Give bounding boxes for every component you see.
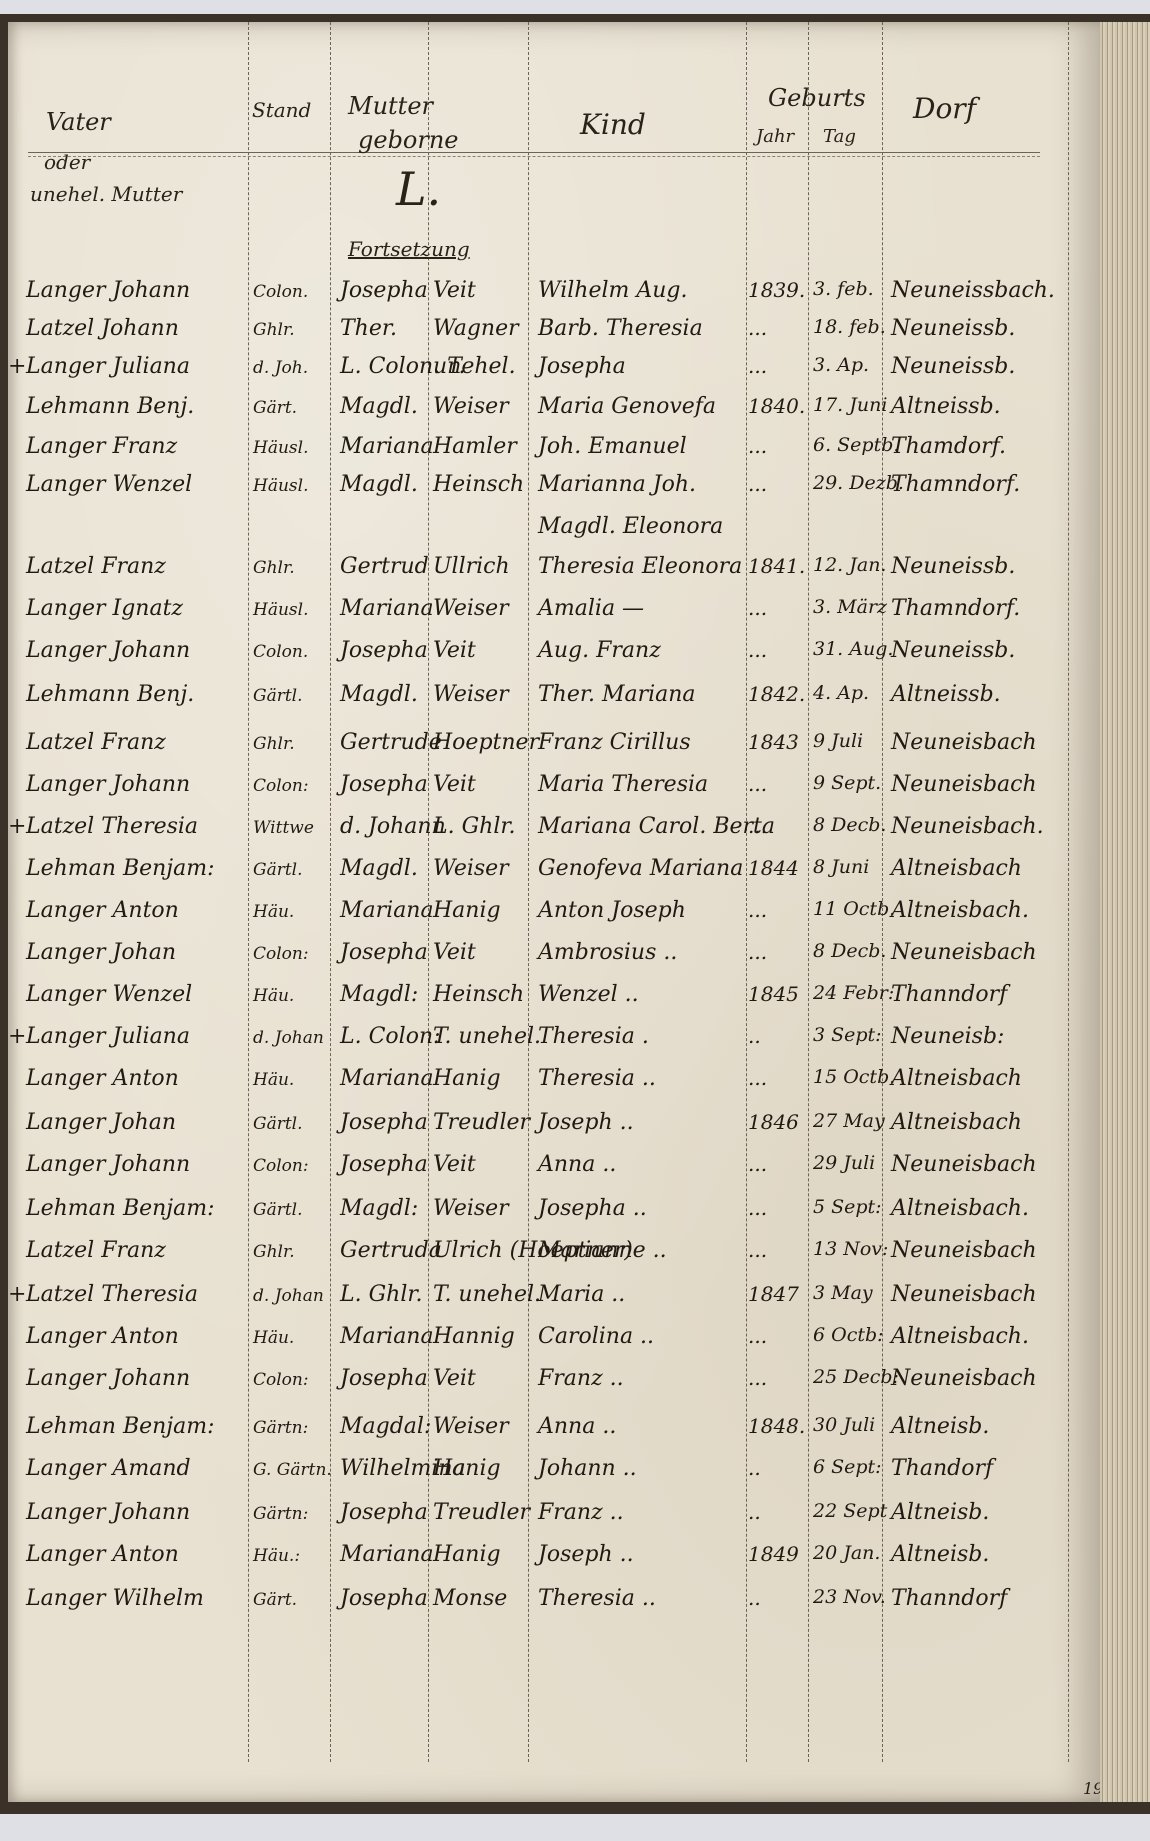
table-row: Langer JohanGärtl.JosephaTreudlerJoseph … [8,1104,1100,1144]
header-mother: Mutter [348,92,433,120]
mother-maiden-name: T. unehel. [433,1282,541,1307]
father-name: Langer Johann [26,1152,190,1177]
table-row: Langer FranzHäusl.MarianaHamlerJoh. Eman… [8,428,1100,468]
mother-maiden-name: Weiser [433,596,509,621]
child-name: Franz Cirillus [538,730,691,755]
birth-place: Altneisbach [891,856,1022,881]
father-name: Langer Juliana [26,354,190,379]
birth-year: 1842. [748,682,805,706]
mother-maiden-name: Hoeptner [433,730,539,755]
occupation: Ghlr. [253,558,295,578]
birth-day: 6 Sept: [813,1456,882,1478]
birth-place: Thanndorf [891,982,1007,1007]
birth-day: 8 Juni [813,856,869,878]
birth-day: 25 Decb: [813,1366,899,1388]
mother-maiden-name: Treudler [433,1110,530,1135]
birth-place: Altneissb. [891,682,1001,707]
father-name: Langer Johann [26,1366,190,1391]
birth-place: Altneisbach. [891,898,1029,923]
mother-first-name: Ther. [340,316,397,341]
occupation: Häu. [253,1328,294,1348]
occupation: Wittwe [253,818,314,838]
birth-year: 1839. [748,278,805,302]
mother-maiden-name: Hanig [433,1456,501,1481]
birth-day: 24 Febr: [813,982,894,1004]
birth-day: 3. März [813,596,887,618]
occupation: Ghlr. [253,320,295,340]
child-name: Anna .. [538,1152,616,1177]
occupation: d. Joh. [253,358,308,378]
mother-maiden-name: Hannig [433,1324,515,1349]
birth-year: 1840. [748,394,805,418]
father-name: Langer Franz [26,434,177,459]
occupation: Häu. [253,902,294,922]
father-name: Lehman Benjam: [26,856,215,881]
table-row: Langer AntonHäu.MarianaHanigAnton Joseph… [8,892,1100,932]
table-row: Langer JohannColon:JosephaVeitMaria Ther… [8,766,1100,806]
birth-day: 13 Nov: [813,1238,888,1260]
occupation: Gärtl. [253,860,303,880]
birth-year: ... [748,596,767,620]
occupation: Häusl. [253,476,308,496]
death-mark: + [8,1024,26,1049]
mother-maiden-name: Weiser [433,1414,509,1439]
birth-day: 9 Sept. [813,772,881,794]
table-row: +Latzel Theresiad. JohanL. Ghlr.T. unehe… [8,1276,1100,1316]
death-mark: + [8,814,26,839]
child-name: Mariana Carol. Berta [538,814,775,839]
mother-maiden-name: T. unehel. [433,1024,541,1049]
birth-year: ... [748,472,767,496]
mother-maiden-name: Weiser [433,1196,509,1221]
occupation: Colon. [253,282,308,302]
child-name: Magdl. Eleonora [538,514,723,539]
mother-maiden-name: L. Ghlr. [433,814,515,839]
occupation: Gärtl. [253,1200,303,1220]
mother-first-name: Mariana [340,1542,434,1567]
register-page: Vater oder unehel. Mutter Stand Mutter g… [8,22,1100,1802]
mother-first-name: Josepha [340,1586,428,1611]
table-row: Lehman Benjam:Gärtl.Magdl.WeiserGenofeva… [8,850,1100,890]
table-row: Langer WenzelHäusl.Magdl.HeinschMarianna… [8,466,1100,506]
father-name: Latzel Franz [26,730,166,755]
birth-place: Altneisbach. [891,1196,1029,1221]
occupation: Gärtn: [253,1504,308,1524]
child-name: Aug. Franz [538,638,661,663]
father-name: Langer Johann [26,772,190,797]
birth-year: ... [748,1196,767,1220]
birth-place: Thamndorf. [891,596,1020,621]
table-row: Langer JohannGärtn:JosephaTreudlerFranz … [8,1494,1100,1534]
birth-place: Neuneisbach [891,1282,1037,1307]
father-name: Latzel Franz [26,554,166,579]
mother-maiden-name: Monse [433,1586,507,1611]
mother-maiden-name: Veit [433,1152,476,1177]
header-rule [28,152,1040,153]
birth-day: 17. Juni [813,394,887,416]
header-child: Kind [580,108,646,141]
mother-first-name: Mariana [340,1324,434,1349]
father-name: Latzel Theresia [26,1282,198,1307]
father-name: Lehmann Benj. [26,394,194,419]
header-birth-day: Tag [823,126,856,147]
mother-first-name: Josepha [340,1366,428,1391]
child-name: Wilhelm Aug. [538,278,688,303]
father-name: Langer Wilhelm [26,1586,204,1611]
birth-day: 9 Juli [813,730,863,752]
child-name: Ther. Mariana [538,682,696,707]
birth-year: ... [748,814,767,838]
father-name: Langer Anton [26,898,179,923]
father-name: Latzel Johann [26,316,179,341]
occupation: Häu. [253,986,294,1006]
birth-year: 1846 [748,1110,799,1134]
child-name: Marianna Joh. [538,472,696,497]
birth-place: Neuneisbach [891,1238,1037,1263]
table-row: Langer AntonHäu.:MarianaHanigJoseph ..18… [8,1536,1100,1576]
mother-maiden-name: Treudler [433,1500,530,1525]
child-name: Amalia — [538,596,644,621]
child-name: Ambrosius .. [538,940,677,965]
birth-day: 15 Octb. [813,1066,895,1088]
occupation: Colon: [253,1156,309,1176]
mother-first-name: L. Colon: [340,1024,441,1049]
table-row: Lehmann Benj.Gärtl.Magdl.WeiserTher. Mar… [8,676,1100,716]
mother-first-name: Magdl. [340,856,418,881]
occupation: Colon. [253,642,308,662]
table-row: Lehman Benjam:Gärtl.Magdl:WeiserJosepha … [8,1190,1100,1230]
birth-day: 18. feb. [813,316,886,338]
father-name: Langer Amand [26,1456,191,1481]
birth-year: ... [748,1152,767,1176]
table-row: Langer WenzelHäu.Magdl:HeinschWenzel ..1… [8,976,1100,1016]
child-name: Joseph .. [538,1110,634,1135]
table-row: Langer AmandG. Gärtn.WilhelminaHanigJoha… [8,1450,1100,1490]
mother-first-name: Magdl. [340,394,418,419]
father-name: Langer Johann [26,638,190,663]
mother-first-name: L. Ghlr. [340,1282,422,1307]
father-name: Lehmann Benj. [26,682,194,707]
father-name: Langer Wenzel [26,472,192,497]
birth-place: Neuneisb: [891,1024,1004,1049]
occupation: Häu.: [253,1546,300,1566]
birth-year: .. [748,1500,761,1524]
mother-first-name: Josepha [340,1500,428,1525]
mother-maiden-name: Hamler [433,434,517,459]
birth-year: 1841. [748,554,805,578]
birth-place: Altneisb. [891,1500,989,1525]
table-row: Langer IgnatzHäusl.MarianaWeiserAmalia —… [8,590,1100,630]
birth-place: Neuneisbach [891,1366,1037,1391]
birth-year: 1847 [748,1282,799,1306]
child-name: Anna .. [538,1414,616,1439]
birth-day: 4. Ap. [813,682,869,704]
mother-first-name: Josepha [340,1152,428,1177]
table-row: Langer WilhelmGärt.JosephaMonseTheresia … [8,1580,1100,1620]
birth-day: 22 Sept [813,1500,887,1522]
occupation: Colon: [253,776,309,796]
mother-first-name: Josepha [340,278,428,303]
occupation: Häu. [253,1070,294,1090]
table-row: Latzel FranzGhlr.GertrudeHoeptnerFranz C… [8,724,1100,764]
birth-place: Altneisbach [891,1110,1022,1135]
birth-day: 8 Decb. [813,814,886,836]
birth-place: Thanndorf [891,1586,1007,1611]
birth-year: ... [748,1066,767,1090]
birth-day: 27 May [813,1110,885,1132]
birth-year: ... [748,434,767,458]
father-name: Langer Anton [26,1324,179,1349]
birth-year: .. [748,1586,761,1610]
birth-year: ... [748,898,767,922]
child-name: Maria Theresia [538,772,708,797]
mother-maiden-name: Veit [433,278,476,303]
child-name: Maria .. [538,1282,625,1307]
header-birth: Geburts [768,84,866,112]
occupation: d. Johan [253,1028,324,1048]
table-row: +Langer Julianad. Joh.L. Colon. T.unehel… [8,348,1100,388]
child-name: Josepha [538,354,626,379]
child-name: Anton Joseph [538,898,686,923]
birth-day: 12. Jan. [813,554,886,576]
table-row: Magdl. Eleonora [8,508,1100,548]
occupation: Gärt. [253,1590,297,1610]
father-name: Latzel Theresia [26,814,198,839]
birth-day: 3. feb. [813,278,874,300]
child-name: Genofeva Mariana [538,856,743,881]
birth-year: .. [748,1024,761,1048]
occupation: G. Gärtn. [253,1460,332,1480]
child-name: Josepha .. [538,1196,647,1221]
table-row: Latzel JohannGhlr.Ther.WagnerBarb. There… [8,310,1100,350]
birth-day: 30 Juli [813,1414,875,1436]
child-name: Johann .. [538,1456,637,1481]
child-name: Theresia .. [538,1066,656,1091]
child-name: Carolina .. [538,1324,654,1349]
mother-first-name: Magdl: [340,1196,418,1221]
father-name: Langer Ignatz [26,596,183,621]
header-father: Vater [46,108,111,136]
birth-place: Neuneisbach [891,940,1037,965]
mother-maiden-name: Weiser [433,682,509,707]
header-father-sub: oder [44,150,90,174]
mother-maiden-name: Veit [433,772,476,797]
occupation: Ghlr. [253,734,295,754]
father-name: Langer Johann [26,1500,190,1525]
birth-place: Neuneisbach [891,730,1037,755]
header-birth-year: Jahr [756,126,794,147]
child-name: Wenzel .. [538,982,639,1007]
death-mark: + [8,354,26,379]
mother-first-name: Gertrud [340,554,429,579]
occupation: Gärtl. [253,686,303,706]
mother-maiden-name: Ullrich [433,554,510,579]
mother-maiden-name: Hanig [433,1066,501,1091]
child-name: Marianne .. [538,1238,667,1263]
mother-first-name: Josepha [340,1110,428,1135]
mother-maiden-name: Weiser [433,394,509,419]
mother-first-name: Josepha [340,772,428,797]
birth-year: ... [748,772,767,796]
birth-year: ... [748,1324,767,1348]
mother-first-name: Magdl. [340,682,418,707]
child-name: Franz .. [538,1366,624,1391]
birth-year: 1849 [748,1542,799,1566]
child-name: Barb. Theresia [538,316,703,341]
birth-year: ... [748,940,767,964]
mother-first-name: Magdal: [340,1414,431,1439]
child-name: Maria Genovefa [538,394,716,419]
occupation: Gärtl. [253,1114,303,1134]
birth-year: ... [748,354,767,378]
occupation: Gärtn: [253,1418,308,1438]
table-row: Langer AntonHäu.MarianaHanigTheresia ...… [8,1060,1100,1100]
birth-day: 5 Sept: [813,1196,882,1218]
occupation: Häusl. [253,438,308,458]
mother-maiden-name: Veit [433,1366,476,1391]
father-name: Langer Johan [26,940,176,965]
table-row: Langer AntonHäu.MarianaHannigCarolina ..… [8,1318,1100,1358]
child-name: Theresia Eleonora [538,554,742,579]
header-place: Dorf [913,92,976,125]
birth-place: Neuneisbach [891,1152,1037,1177]
birth-place: Neuneisbach [891,772,1037,797]
mother-first-name: Magdl. [340,472,418,497]
table-row: +Langer Julianad. JohanL. Colon:T. unehe… [8,1018,1100,1058]
father-name: Langer Juliana [26,1024,190,1049]
mother-first-name: Josepha [340,638,428,663]
table-row: Lehmann Benj.Gärt.Magdl.WeiserMaria Geno… [8,388,1100,428]
mother-maiden-name: Hanig [433,1542,501,1567]
page-edges [1100,22,1150,1802]
table-row: +Latzel TheresiaWittwed. JohannL. Ghlr.M… [8,808,1100,848]
table-row: Lehman Benjam:Gärtn:Magdal:WeiserAnna ..… [8,1408,1100,1448]
occupation: Ghlr. [253,1242,295,1262]
birth-place: Altneissb. [891,394,1001,419]
section-letter: L. [396,162,441,216]
mother-first-name: Mariana [340,1066,434,1091]
mother-first-name: Mariana [340,898,434,923]
mother-maiden-name: Heinsch [433,472,524,497]
birth-place: Neuneissb. [891,554,1015,579]
mother-first-name: Magdl: [340,982,418,1007]
table-row: Langer JohannColon:JosephaVeitAnna .....… [8,1146,1100,1186]
birth-day: 6 Octb: [813,1324,884,1346]
table-row: Latzel FranzGhlr.GertrudaUlrich (Hoeptne… [8,1232,1100,1272]
header-mother-sub: geborne [358,126,459,154]
birth-year: 1843 [748,730,799,754]
mother-first-name: d. Johann [340,814,446,839]
table-row: Langer JohanColon:JosephaVeitAmbrosius .… [8,934,1100,974]
occupation: Gärt. [253,398,297,418]
birth-day: 8 Decb. [813,940,886,962]
birth-day: 20 Jan. [813,1542,880,1564]
table-row: Langer JohannColon.JosephaVeitAug. Franz… [8,632,1100,672]
birth-place: Neuneissb. [891,638,1015,663]
birth-day: 3 May [813,1282,873,1304]
death-mark: + [8,1282,26,1307]
child-name: Joseph .. [538,1542,634,1567]
header-occupation: Stand [252,98,311,122]
header-rule-dashed [28,156,1040,157]
birth-day: 23 Nov. [813,1586,886,1608]
father-name: Langer Anton [26,1542,179,1567]
mother-maiden-name: Veit [433,940,476,965]
mother-first-name: Gertruda [340,1238,442,1263]
child-name: Theresia . [538,1024,649,1049]
father-name: Langer Wenzel [26,982,192,1007]
father-name: Lehman Benjam: [26,1196,215,1221]
table-row: Latzel FranzGhlr.GertrudUllrichTheresia … [8,548,1100,588]
section-subtitle: Fortsetzung [348,237,470,261]
header-father-sub2: unehel. Mutter [30,182,182,206]
mother-maiden-name: unehel. [433,354,516,379]
book-binding: Vater oder unehel. Mutter Stand Mutter g… [0,14,1150,1814]
occupation: Häusl. [253,600,308,620]
child-name: Theresia .. [538,1586,656,1611]
occupation: d. Johan [253,1286,324,1306]
birth-year: 1845 [748,982,799,1006]
birth-year: 1848. [748,1414,805,1438]
table-row: Langer JohannColon.JosephaVeitWilhelm Au… [8,272,1100,312]
father-name: Latzel Franz [26,1238,166,1263]
occupation: Colon: [253,944,309,964]
mother-first-name: Josepha [340,940,428,965]
birth-place: Neuneissb. [891,316,1015,341]
mother-first-name: Mariana [340,434,434,459]
birth-day: 6. Septb. [813,434,899,456]
birth-year: ... [748,1238,767,1262]
birth-year: ... [748,638,767,662]
birth-place: Altneisb. [891,1414,989,1439]
birth-place: Thamndorf. [891,472,1020,497]
birth-place: Neuneissbach. [891,278,1055,303]
birth-place: Neuneisbach. [891,814,1044,839]
father-name: Langer Anton [26,1066,179,1091]
birth-day: 31. Aug. [813,638,893,660]
birth-place: Altneisbach [891,1066,1022,1091]
occupation: Colon: [253,1370,309,1390]
birth-place: Neuneissb. [891,354,1015,379]
mother-maiden-name: Wagner [433,316,519,341]
mother-maiden-name: Veit [433,638,476,663]
birth-year: .. [748,1456,761,1480]
birth-day: 3 Sept: [813,1024,882,1046]
mother-maiden-name: Heinsch [433,982,524,1007]
birth-year: ... [748,1366,767,1390]
birth-day: 11 Octb. [813,898,895,920]
child-name: Franz .. [538,1500,624,1525]
birth-place: Altneisb. [891,1542,989,1567]
child-name: Joh. Emanuel [538,434,687,459]
mother-maiden-name: Weiser [433,856,509,881]
birth-day: 29 Juli [813,1152,875,1174]
birth-place: Thamdorf. [891,434,1006,459]
father-name: Langer Johann [26,278,190,303]
mother-first-name: Gertrude [340,730,442,755]
birth-year: 1844 [748,856,799,880]
birth-year: ... [748,316,767,340]
table-row: Langer JohannColon:JosephaVeitFranz ....… [8,1360,1100,1400]
birth-place: Thandorf [891,1456,993,1481]
father-name: Langer Johan [26,1110,176,1135]
mother-maiden-name: Hanig [433,898,501,923]
father-name: Lehman Benjam: [26,1414,215,1439]
birth-day: 3. Ap. [813,354,869,376]
birth-place: Altneisbach. [891,1324,1029,1349]
mother-first-name: Mariana [340,596,434,621]
